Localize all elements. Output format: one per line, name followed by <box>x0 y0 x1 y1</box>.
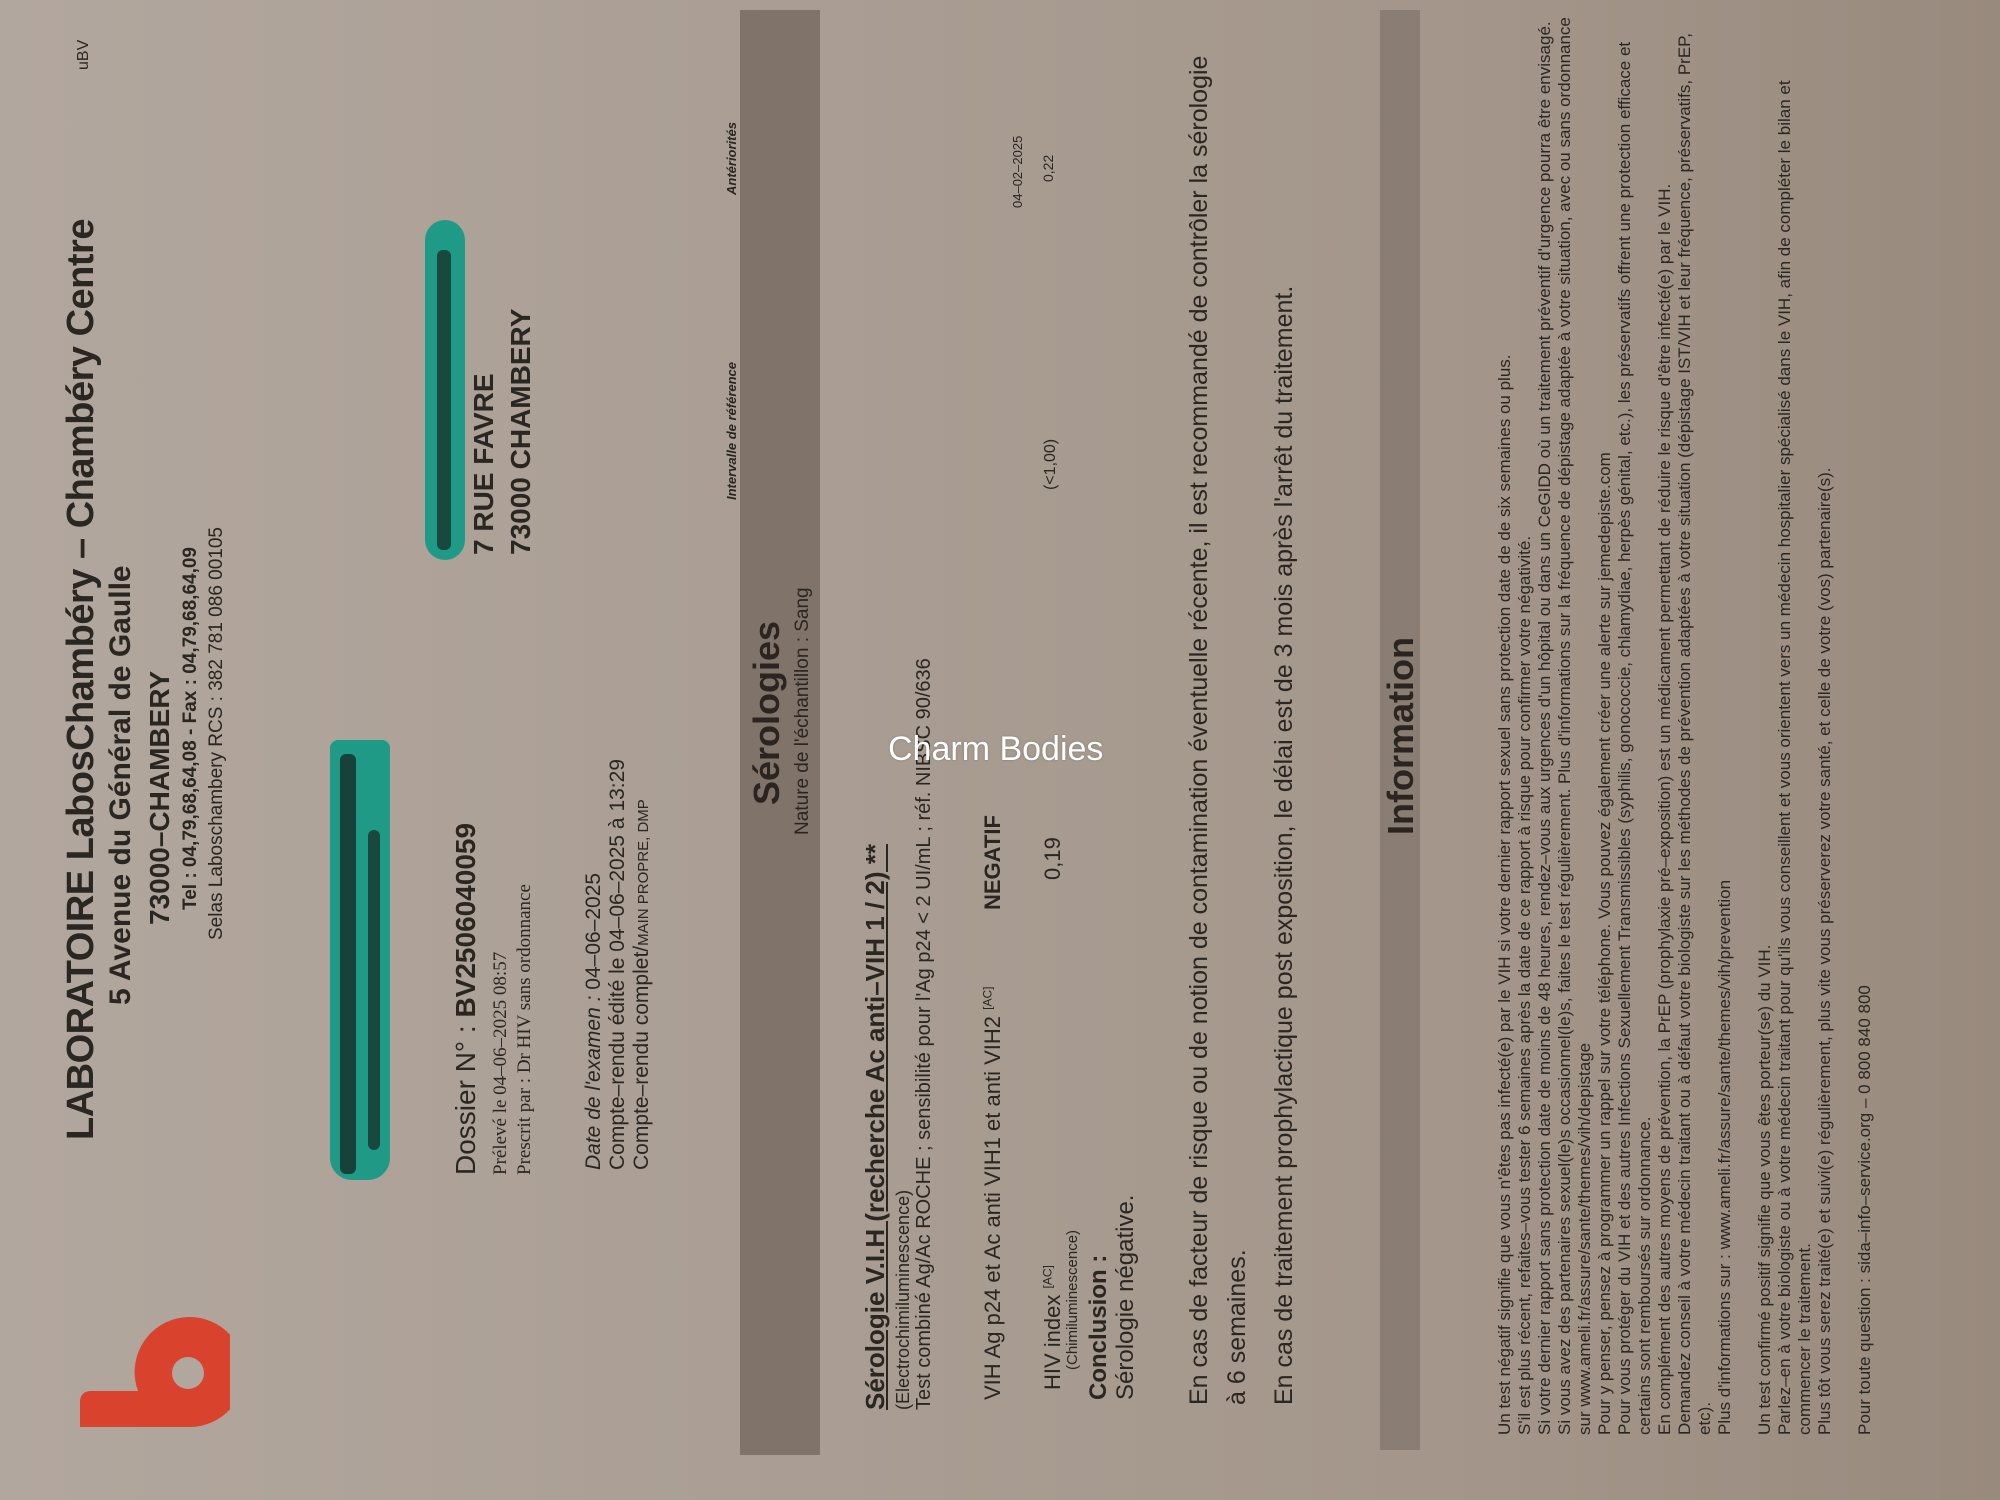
dossier-label: Dossier N° : <box>450 1025 481 1175</box>
dossier-number: Dossier N° : BV2506040059 <box>450 823 482 1175</box>
report-edited-date: Compte–rendu édité le 04–06–2025 à 13:29 <box>606 759 630 1170</box>
patient-name-redaction <box>330 740 390 1180</box>
info-line: S'il est plus récent, refaites–vous test… <box>1515 15 1535 1435</box>
info-line: Plus d'informations sur : www.ameli.fr/a… <box>1715 15 1735 1435</box>
hiv-index-method: (Chimiluminescence) <box>1064 1230 1081 1370</box>
lab-logo-icon <box>70 1305 230 1445</box>
information-title: Information <box>1380 637 1422 835</box>
report-destination: MAIN PROPRE, DMP <box>635 799 652 946</box>
note-risk-factor: En cas de facteur de risque ou de notion… <box>1180 55 1256 1405</box>
info-line: Parlez–en à votre biologiste ou à votre … <box>1775 15 1815 1435</box>
info-line: En complément des autres moyens de préve… <box>1655 15 1675 1435</box>
sample-nature: Nature de l'échantillon : Sang <box>792 587 814 835</box>
lab-address: 5 Avenue du Général de Gaulle <box>104 565 138 1005</box>
info-line: Si vous avez des partenaires sexuel(le)s… <box>1555 15 1595 1435</box>
lab-name: LABORATOIRE LabosChambéry – Chambéry Cen… <box>60 219 103 1140</box>
conclusion-label: Conclusion : <box>1085 1255 1113 1400</box>
section-title: Sérologies <box>746 621 788 805</box>
note-post-exposure: En cas de traitement prophylactique post… <box>1270 286 1299 1405</box>
test-row-result: NEGATIF <box>980 815 1006 910</box>
conclusion-value: Sérologie négative. <box>1112 1195 1140 1400</box>
info-line: Demandez conseil à votre médecin traitan… <box>1675 15 1715 1435</box>
hiv-index-value: 0,19 <box>1040 837 1066 880</box>
hiv-index-reference: (<1,00) <box>1042 439 1060 490</box>
watermark-text: Charm Bodies <box>888 730 1103 769</box>
dossier-number-value: BV2506040059 <box>450 823 481 1018</box>
info-contact: Pour toute question : sida–info–service.… <box>1855 15 1875 1435</box>
patient-street: 7 RUE FAVRE <box>468 373 500 555</box>
report-complete-label: Compte–rendu complet/ <box>630 946 653 1170</box>
info-line: Un test confirmé positif signifie que vo… <box>1755 15 1775 1435</box>
test-row-label-text: VIH Ag p24 et Ac anti VIH1 et anti VIH2 <box>980 1016 1005 1400</box>
test-description: Test combiné Ag/Ac ROCHE ; sensibilité p… <box>913 658 936 1410</box>
info-line: Un test négatif signifie que vous n'êtes… <box>1495 15 1515 1435</box>
info-line: Pour y penser, pensez à programmer un ra… <box>1595 15 1615 1435</box>
lab-company-info: Selas Laboschambery RCS : 382 781 086 00… <box>206 527 228 940</box>
lab-tel-fax: Tel : 04,79,68,64,08 - Fax : 04,79,68,64… <box>180 547 202 910</box>
test-method: (Electrochimiluminescence) <box>893 1190 914 1410</box>
info-line: Plus tôt vous serez traité(e) et suivi(e… <box>1815 15 1835 1435</box>
test-row-tag: [AC] <box>981 987 995 1010</box>
info-line: Pour vous protéger du VIH et des autres … <box>1615 15 1655 1435</box>
exam-date-label: Date de l'examen : <box>582 996 605 1170</box>
information-text: Un test négatif signifie que vous n'êtes… <box>1495 15 1875 1435</box>
exam-date: Date de l'examen : 04–06–2025 <box>582 873 606 1170</box>
patient-address-redaction <box>425 220 465 560</box>
exam-date-value: 04–06–2025 <box>582 873 605 990</box>
test-row-label: VIH Ag p24 et Ac anti VIH1 et anti VIH2 … <box>980 987 1006 1400</box>
prescriber: Prescrit par : Dr HIV sans ordonnance <box>514 884 536 1175</box>
hiv-index-label-text: HIV index <box>1040 1295 1065 1390</box>
info-line: Si votre dernier rapport sans protection… <box>1535 15 1555 1435</box>
patient-city: 73000 CHAMBERY <box>505 309 537 555</box>
hiv-index-tag: [AC] <box>1041 1265 1055 1288</box>
previous-result-date: 04–02–2025 <box>1010 136 1025 208</box>
sample-date: Prélevé le 04–06–2025 08:57 <box>490 952 512 1175</box>
column-previous-results: Antériorités <box>724 122 739 195</box>
column-reference-range: Intervalle de référence <box>724 362 739 500</box>
lab-city: 73000–CHAMBERY <box>144 671 176 925</box>
report-complete: Compte–rendu complet/MAIN PROPRE, DMP <box>630 799 654 1170</box>
test-title: Sérologie V.I.H (recherche Ac anti–VIH 1… <box>860 844 891 1410</box>
previous-result-value: 0,22 <box>1040 155 1056 182</box>
ubv-mark: uBV <box>75 40 93 70</box>
hiv-index-label: HIV index [AC] <box>1040 1265 1066 1390</box>
